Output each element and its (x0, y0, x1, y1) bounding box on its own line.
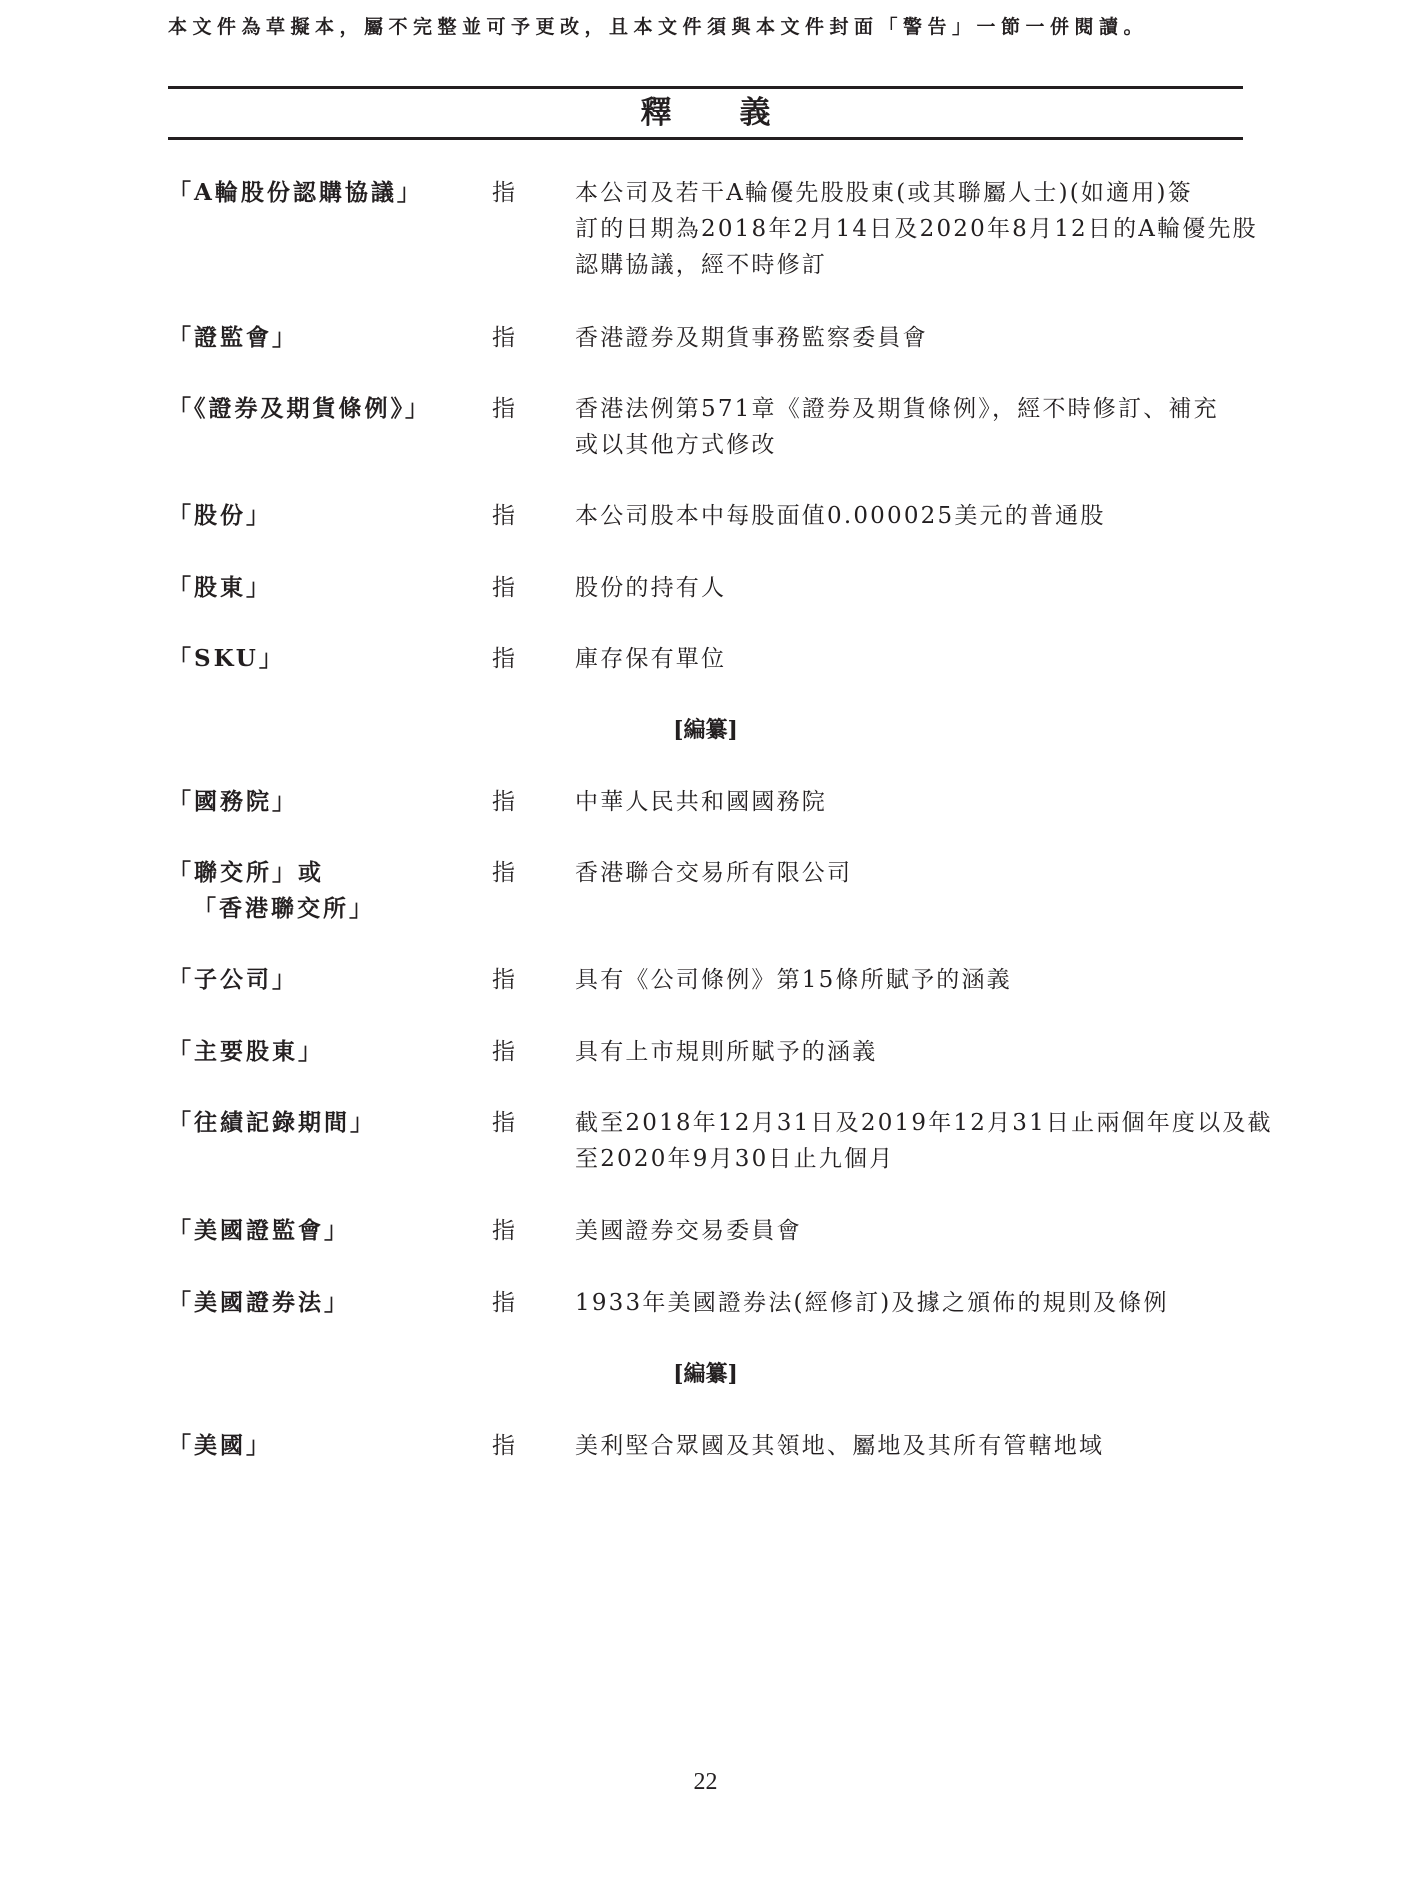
definition-term: 「聯交所」或 「香港聯交所」 (168, 855, 468, 927)
means-label: 指 (492, 641, 517, 677)
definition-term: 「美國證監會」 (168, 1213, 468, 1249)
redacted-marker: [編纂] (168, 712, 1243, 748)
definition-text: 具有上市規則所賦予的涵義 (575, 1034, 1243, 1070)
page-number: 22 (0, 1766, 1411, 1798)
definition-term: 「美國證券法」 (168, 1285, 468, 1321)
definition-text: 中華人民共和國國務院 (575, 784, 1243, 820)
means-label: 指 (492, 1105, 517, 1141)
means-label: 指 (492, 1285, 517, 1321)
means-label: 指 (492, 570, 517, 606)
definition-term: 「股東」 (168, 570, 468, 606)
definition-term: 「子公司」 (168, 962, 468, 998)
means-label: 指 (492, 1213, 517, 1249)
definition-text: 截至2018年12月31日及2019年12月31日止兩個年度以及截 至2020年… (575, 1105, 1243, 1177)
means-label: 指 (492, 1428, 517, 1464)
definition-text: 本公司及若干A輪優先股股東(或其聯屬人士)(如適用)簽 訂的日期為2018年2月… (575, 175, 1243, 283)
definition-text: 具有《公司條例》第15條所賦予的涵義 (575, 962, 1243, 998)
means-label: 指 (492, 1034, 517, 1070)
definition-text: 本公司股本中每股面值0.000025美元的普通股 (575, 498, 1243, 534)
definition-term: 「SKU」 (168, 641, 468, 677)
means-label: 指 (492, 855, 517, 891)
definition-text: 美利堅合眾國及其領地、屬地及其所有管轄地域 (575, 1428, 1243, 1464)
definition-text: 庫存保有單位 (575, 641, 1243, 677)
definition-text: 美國證券交易委員會 (575, 1213, 1243, 1249)
redacted-marker: [編纂] (168, 1356, 1243, 1392)
definition-text: 香港聯合交易所有限公司 (575, 855, 1243, 891)
definition-text: 1933年美國證券法(經修訂)及據之頒佈的規則及條例 (575, 1285, 1243, 1321)
definition-term: 「國務院」 (168, 784, 468, 820)
definition-term: 「證監會」 (168, 320, 468, 356)
definition-term: 「美國」 (168, 1428, 468, 1464)
definition-term: 「A輪股份認購協議」 (168, 175, 468, 211)
means-label: 指 (492, 784, 517, 820)
section-title-char-2: 義 (740, 92, 771, 134)
means-label: 指 (492, 498, 517, 534)
section-title-char-1: 釋 (641, 92, 672, 134)
definition-term: 「股份」 (168, 498, 468, 534)
means-label: 指 (492, 391, 517, 427)
means-label: 指 (492, 320, 517, 356)
definition-text: 香港證券及期貨事務監察委員會 (575, 320, 1243, 356)
definition-term: 「往績記錄期間」 (168, 1105, 468, 1141)
draft-warning-header: 本文件為草擬本，屬不完整並可予更改，且本文件須與本文件封面「警告」一節一併閱讀。 (168, 14, 1168, 40)
title-bottom-rule (168, 137, 1243, 140)
definition-term: 「主要股東」 (168, 1034, 468, 1070)
section-title: 釋義 (168, 92, 1243, 134)
means-label: 指 (492, 962, 517, 998)
means-label: 指 (492, 175, 517, 211)
definition-text: 香港法例第571章《證券及期貨條例》，經不時修訂、補充 或以其他方式修改 (575, 391, 1243, 463)
definition-term: 「《證券及期貨條例》」 (168, 391, 468, 427)
title-top-rule (168, 86, 1243, 89)
definition-text: 股份的持有人 (575, 570, 1243, 606)
